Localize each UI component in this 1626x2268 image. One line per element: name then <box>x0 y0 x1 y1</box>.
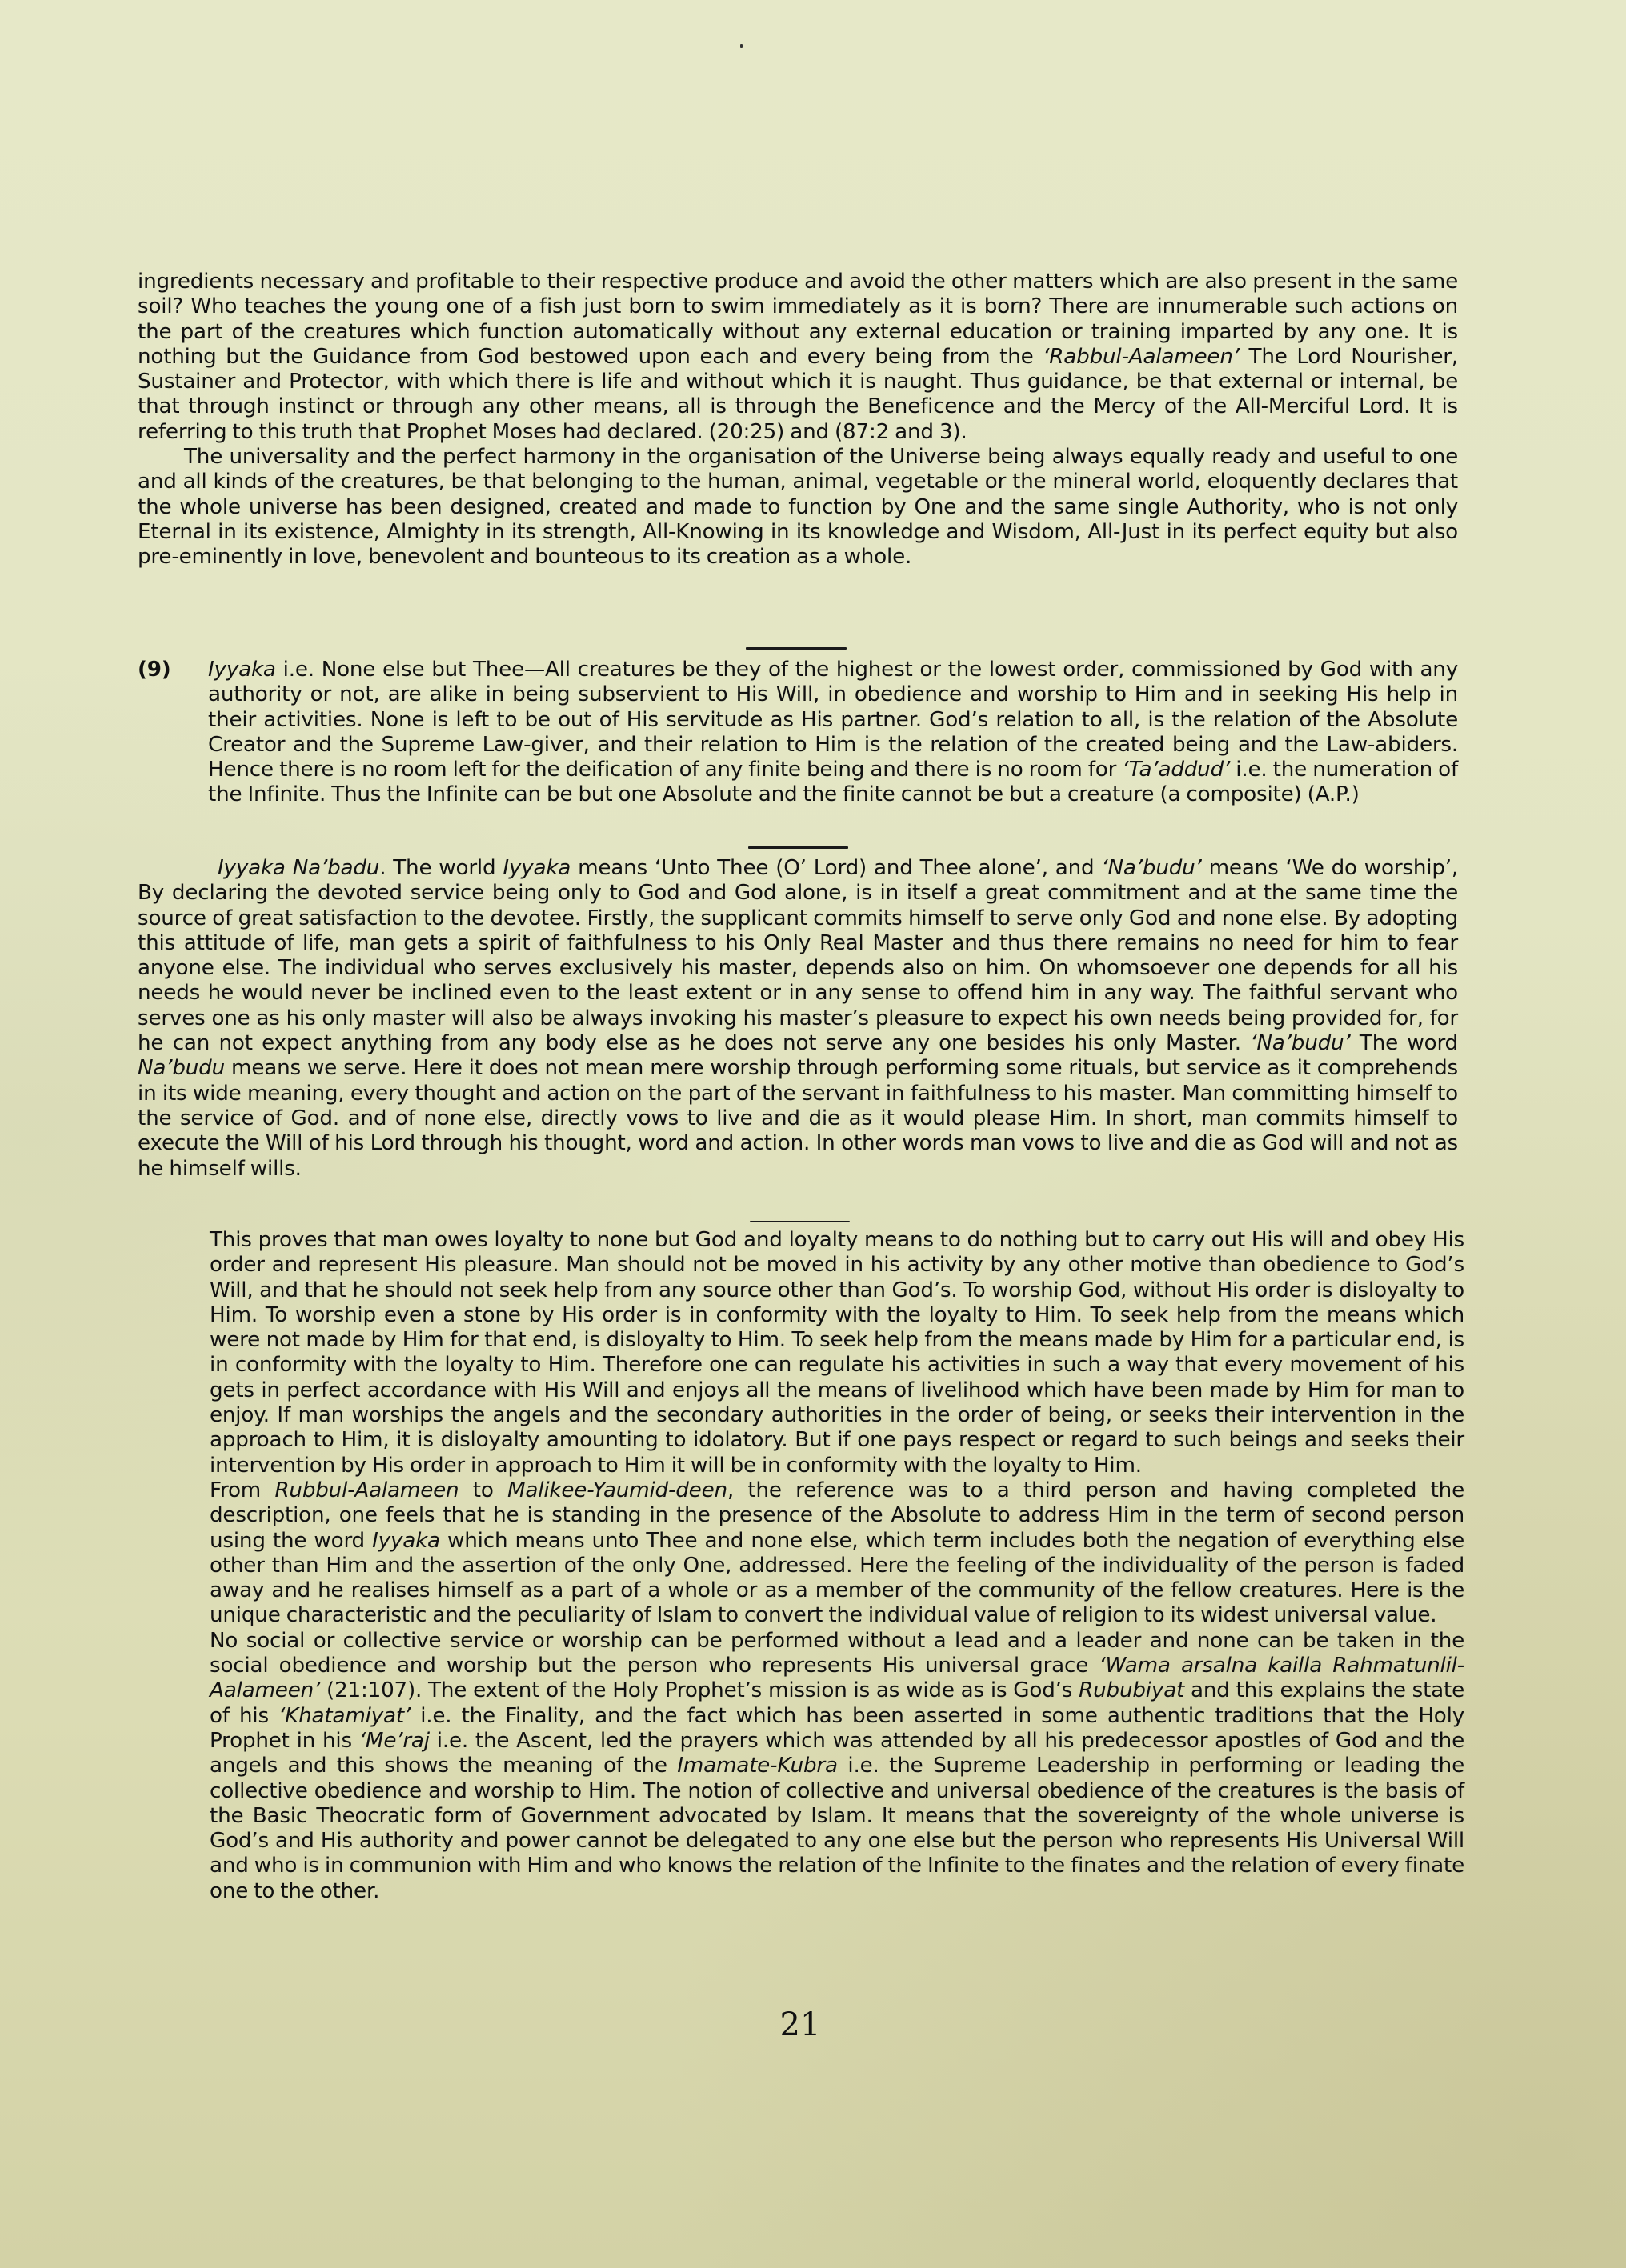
section-divider <box>748 846 848 849</box>
note-9: (9) Iyyaka i.e. None else but Thee—All c… <box>138 658 1458 808</box>
term-iyyaka: Iyyaka <box>372 1529 440 1553</box>
term-rabbul-aalameen: ‘Rabbul-Aalameen’ <box>1043 345 1240 369</box>
term-nabudu: ‘Na’budu’ <box>1101 856 1201 880</box>
term-nabudu: ‘Na’budu’ <box>1250 1031 1350 1055</box>
note-number: (9) <box>138 658 171 682</box>
term-iyyaka: Iyyaka <box>503 856 571 880</box>
loyalty-text-block: This proves that man owes loyalty to non… <box>210 1228 1464 1904</box>
term-nabudu: Na’budu <box>138 1056 225 1080</box>
term-meraj: ‘Me’raj <box>359 1729 430 1753</box>
term-malikee-yaumid-deen: Malikee-Yaumid-deen <box>507 1478 727 1502</box>
term-rubbul-aalameen: Rubbul-Aalameen <box>274 1478 459 1502</box>
paragraph-iyyaka-nabadu: Iyyaka Na’badu. The world Iyyaka means ‘… <box>138 856 1458 1182</box>
section-divider <box>746 647 847 650</box>
opening-text-block: ingredients necessary and profitable to … <box>138 270 1458 570</box>
term-imamate-kubra: Imamate-Kubra <box>677 1754 838 1778</box>
term-iyyaka: Iyyaka <box>208 658 276 682</box>
paragraph-universality: The universality and the perfect harmony… <box>138 445 1458 570</box>
section-divider <box>750 1221 850 1222</box>
paragraph-leadership: No social or collective service or worsh… <box>210 1629 1464 1904</box>
term-iyyaka-nabadu: Iyyaka Na’badu <box>218 856 379 880</box>
paper-speck <box>740 44 743 48</box>
term-taaddud: ‘Ta’addud’ <box>1122 758 1230 782</box>
note-body: Iyyaka i.e. None else but Thee—All creat… <box>208 658 1458 808</box>
term-rububiyat: Rububiyat <box>1079 1678 1184 1702</box>
term-khatamiyat: ‘Khatamiyat’ <box>278 1704 411 1728</box>
page-number: 21 <box>0 2006 1600 2043</box>
paragraph-loyalty: This proves that man owes loyalty to non… <box>210 1228 1464 1478</box>
paragraph-continued: ingredients necessary and profitable to … <box>138 270 1458 445</box>
iyyaka-nabadu-block: Iyyaka Na’badu. The world Iyyaka means ‘… <box>138 856 1458 1182</box>
paragraph-second-person: From Rubbul-Aalameen to Malikee-Yaumid-d… <box>210 1478 1464 1629</box>
